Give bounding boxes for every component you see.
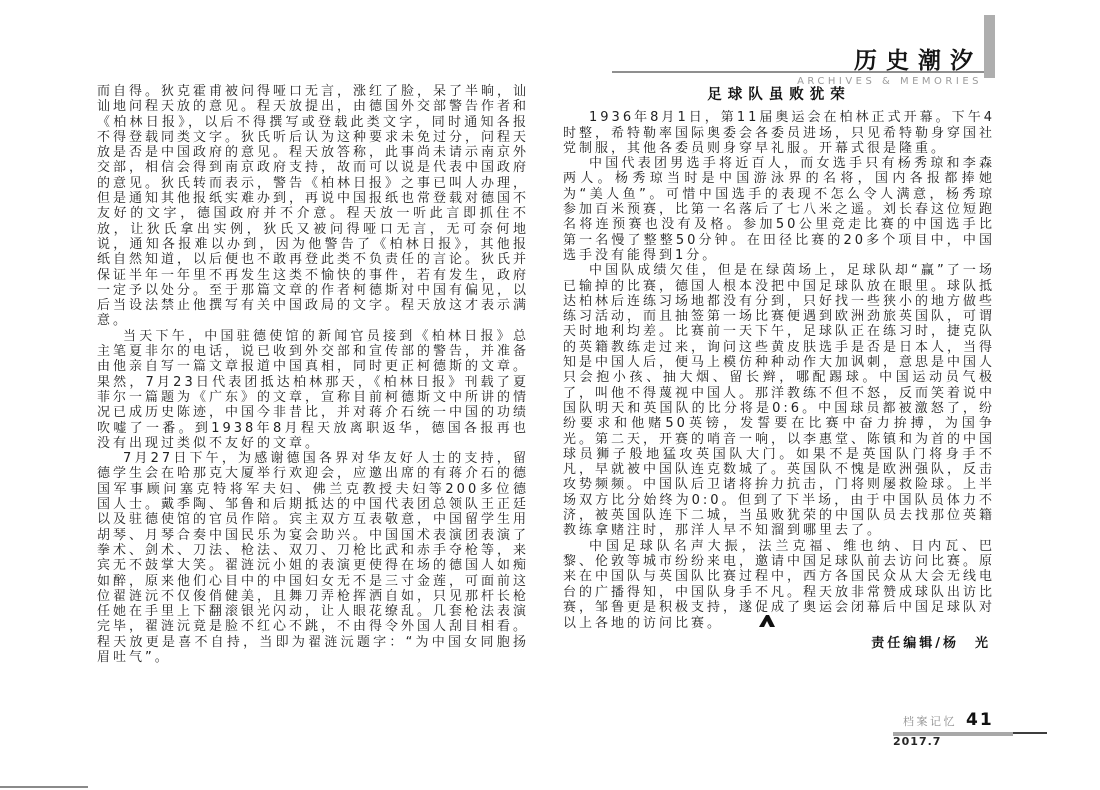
- article-paragraph: 中国足球队名声大振，法兰克福、维也纳、日内瓦、巴黎、伦敦等城市纷纷来电，邀请中国…: [563, 539, 995, 632]
- page-footer: 档案记忆 41 2017.7: [893, 710, 1063, 748]
- left-paragraph: 7月27日下午，为感谢德国各界对华友好人士的支持，留德学生会在哈那克大厦举行欢迎…: [97, 451, 529, 665]
- article-paragraph: 1936年8月1日，第11届奥运会在柏林正式开幕。下午4时整，希特勒率国际奥委会…: [563, 110, 995, 156]
- article-paragraph: 中国代表团男选手将近百人，而女选手只有杨秀琼和李森两人。杨秀琼当时是中国游泳界的…: [563, 156, 995, 263]
- article-title: 足球队虽败犹荣: [563, 88, 995, 103]
- issue-date: 2017.7: [893, 735, 1063, 748]
- article-paragraph-text: 中国足球队名声大振，法兰克福、维也纳、日内瓦、巴黎、伦敦等城市纷纷来电，邀请中国…: [563, 539, 995, 631]
- right-column: 足球队虽败犹荣 1936年8月1日，第11届奥运会在柏林正式开幕。下午4时整，希…: [563, 88, 995, 652]
- scan-edge-artifact: [0, 786, 88, 788]
- section-subtitle: ARCHIVES & MEMORIES: [797, 76, 982, 87]
- journal-name: 档案记忆: [903, 713, 957, 729]
- article-paragraph: 中国队成绩欠佳，但是在绿茵场上，足球队却“赢”了一场已输掉的比赛，德国人根本没把…: [563, 263, 995, 538]
- left-paragraph: 而自得。狄克霍甫被问得哑口无言，涨红了脸，呆了半晌，讪讪地问程天放的意见。程天放…: [97, 84, 529, 329]
- left-column: 而自得。狄克霍甫被问得哑口无言，涨红了脸，呆了半晌，讪讪地问程天放的意见。程天放…: [97, 84, 529, 665]
- left-paragraph: 当天下午，中国驻德使馆的新闻官员接到《柏林日报》总主笔夏非尔的电话，说已收到外交…: [97, 329, 529, 451]
- header-rule: [612, 71, 985, 73]
- end-of-article-icon: [733, 615, 775, 631]
- header-side-bar: [984, 15, 995, 78]
- page-number: 41: [966, 710, 994, 730]
- editor-credit: 责任编辑/杨 光: [563, 636, 995, 651]
